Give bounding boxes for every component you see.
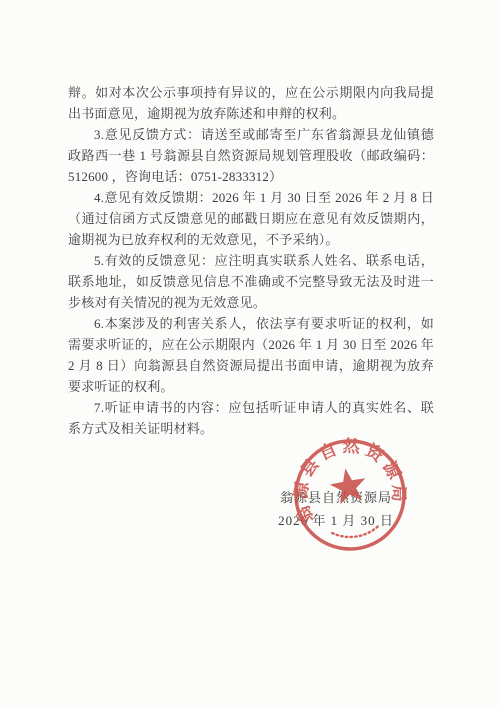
notice-body: 辩。如对本次公示事项持有异议的，应在公示期限内向我局提出书面意见，逾期视为放弃陈…	[68, 82, 434, 439]
body-paragraph: 辩。如对本次公示事项持有异议的，应在公示期限内向我局提出书面意见，逾期视为放弃陈…	[68, 82, 434, 124]
body-paragraph: 3.意见反馈方式：请送至或邮寄至广东省翁源县龙仙镇德政路西一巷 1 号翁源县自然…	[68, 124, 434, 187]
body-paragraph: 6.本案涉及的利害关系人，依法享有要求听证的权利，如需要求听证的，应在公示期限内…	[68, 313, 434, 397]
signature-block: 翁源县自然资源局 2026 年 1 月 30 日	[268, 486, 404, 532]
scanned-notice-page: 辩。如对本次公示事项持有异议的，应在公示期限内向我局提出书面意见，逾期视为放弃陈…	[0, 0, 500, 707]
signature-date: 2026 年 1 月 30 日	[268, 509, 404, 532]
signature-organization: 翁源县自然资源局	[268, 486, 404, 509]
body-paragraph: 5.有效的反馈意见：应注明真实联系人姓名、联系电话，联系地址，如反馈意见信息不准…	[68, 250, 434, 313]
body-paragraph: 7.听证申请书的内容：应包括听证申请人的真实姓名、联系方式及相关证明材料。	[68, 397, 434, 439]
body-paragraph: 4.意见有效反馈期：2026 年 1 月 30 日至 2026 年 2 月 8 …	[68, 187, 434, 250]
